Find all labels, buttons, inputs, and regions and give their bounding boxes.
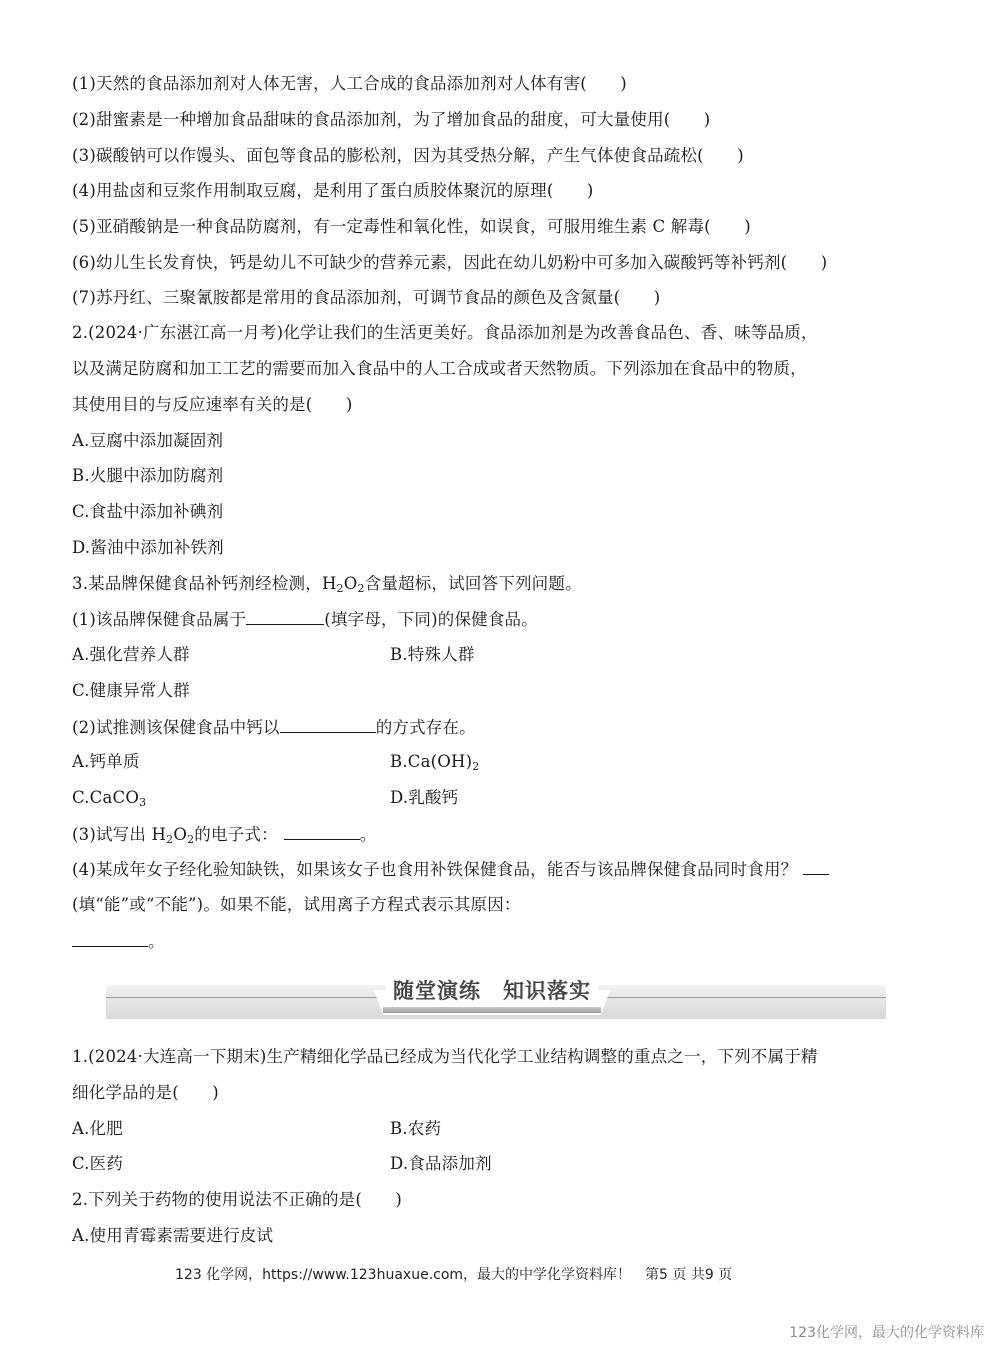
practice-question-1-line-2: 细化学品的是( ): [72, 1082, 219, 1104]
formula-h-sub: 2: [337, 582, 344, 595]
question-3-stem: 3.某品牌保健食品补钙剂经检测，H2O2含量超标，试回答下列问题。: [72, 573, 582, 595]
question-2-stem-line-1: 2.(2024·广东湛江高一月考)化学让我们的生活更美好。食品添加剂是为改善食品…: [72, 322, 818, 344]
option-c-text: C.CaCO: [72, 788, 139, 807]
formula-h: H: [152, 825, 167, 844]
option-a: A.强化营养人群: [72, 645, 190, 664]
part-4-text: (4)某成年女子经化验知缺铁，如果该女子也食用补铁保健食品，能否与该品牌保健食品…: [72, 860, 797, 879]
part-2-post: 的方式存在。: [376, 718, 476, 737]
option-b-sub: 2: [472, 760, 479, 773]
option-d: D.乳酸钙: [390, 787, 458, 809]
part-3-end: 。: [360, 825, 377, 844]
question-2-option-d: D.酱油中添加补铁剂: [72, 537, 224, 559]
question-3-part-3: (3)试写出 H2O2的电子式：。: [72, 823, 376, 846]
answer-blank[interactable]: [280, 716, 376, 733]
question-2-option-b: B.火腿中添加防腐剂: [72, 465, 223, 487]
option-b: B.Ca(OH)2: [390, 751, 479, 773]
question-3-part-1-options-row-1: A.强化营养人群 B.特殊人群: [72, 644, 772, 666]
option-b: B.农药: [390, 1118, 441, 1140]
formula-o: O: [344, 574, 358, 593]
question-2-stem-line-2: 以及满足防腐和加工工艺的需要而加入食品中的人工合成或者天然物质。下列添加在食品中…: [72, 358, 807, 380]
practice-question-2-stem: 2.下列关于药物的使用说法不正确的是( ): [72, 1189, 402, 1211]
option-a: A.化肥: [72, 1119, 123, 1138]
judgement-item-4: (4)用盐卤和豆浆作用制取豆腐，是利用了蛋白质胶体聚沉的原理( ): [72, 180, 594, 202]
question-2-option-a: A.豆腐中添加凝固剂: [72, 430, 223, 452]
part-1-pre: (1)该品牌保健食品属于: [72, 610, 246, 629]
judgement-item-2: (2)甜蜜素是一种增加食品甜味的食品添加剂，为了增加食品的甜度，可大量使用( ): [72, 109, 710, 131]
formula-o: O: [173, 825, 187, 844]
option-c: C.CaCO3: [72, 788, 146, 807]
part-3-pre: (3)试写出: [72, 825, 152, 844]
option-b-text: B.Ca(OH): [390, 752, 472, 771]
part-1-post: (填字母，下同)的保健食品。: [324, 610, 538, 629]
option-a: A.钙单质: [72, 752, 140, 771]
question-3-part-2-options-row-2: C.CaCO3 D.乳酸钙: [72, 787, 772, 809]
page-footer: 123 化学网，https://www.123huaxue.com，最大的中学化…: [175, 1264, 732, 1284]
answer-blank[interactable]: [72, 930, 148, 947]
question-3-part-1-option-c: C.健康异常人群: [72, 680, 190, 702]
question-3-part-4-line-1: (4)某成年女子经化验知缺铁，如果该女子也食用补铁保健食品，能否与该品牌保健食品…: [72, 858, 829, 881]
judgement-item-6: (6)幼儿生长发育快，钙是幼儿不可缺少的营养元素，因此在幼儿奶粉中可多加入碳酸钙…: [72, 252, 827, 274]
option-d: D.食品添加剂: [390, 1153, 492, 1175]
question-2-stem-line-3: 其使用目的与反应速率有关的是( ): [72, 394, 352, 416]
question-3-part-2-options-row-1: A.钙单质 B.Ca(OH)2: [72, 751, 772, 773]
question-3-part-2: (2)试推测该保健食品中钙以的方式存在。: [72, 716, 476, 739]
practice-question-2-option-a: A.使用青霉素需要进行皮试: [72, 1225, 273, 1247]
judgement-item-5: (5)亚硝酸钠是一种食品防腐剂，有一定毒性和氧化性，如误食，可服用维生素 C 解…: [72, 216, 751, 238]
practice-question-1-line-1: 1.(2024·大连高一下期末)生产精细化学品已经成为当代化学工业结构调整的重点…: [72, 1046, 818, 1068]
option-b: B.特殊人群: [390, 644, 475, 666]
answer-blank[interactable]: [284, 823, 360, 840]
judgement-item-3: (3)碳酸钠可以作馒头、面包等食品的膨松剂，因为其受热分解，产生气体使食品疏松(…: [72, 145, 744, 167]
banner-title: 随堂演练 知识落实: [386, 977, 598, 1005]
part-3-post: 的电子式：: [194, 825, 278, 844]
part-2-pre: (2)试推测该保健食品中钙以: [72, 718, 280, 737]
question-3-part-1: (1)该品牌保健食品属于(填字母，下同)的保健食品。: [72, 608, 538, 631]
question-2-option-c: C.食盐中添加补碘剂: [72, 501, 223, 523]
stem-text-pre: 3.某品牌保健食品补钙剂经检测，: [72, 574, 322, 593]
watermark: 123化学网，最大的化学资料库: [789, 1322, 984, 1342]
answer-blank[interactable]: [803, 858, 829, 875]
formula-o-sub: 2: [357, 582, 364, 595]
banner-tab-shadow: [383, 1007, 601, 1013]
answer-blank[interactable]: [246, 608, 324, 625]
practice-question-1-options-row-1: A.化肥 B.农药: [72, 1118, 772, 1140]
option-c-sub: 3: [139, 796, 146, 809]
formula-h: H: [322, 574, 337, 593]
option-c: C.医药: [72, 1154, 123, 1173]
part-4-end: 。: [148, 932, 165, 951]
practice-question-1-options-row-2: C.医药 D.食品添加剂: [72, 1153, 772, 1175]
judgement-item-1: (1)天然的食品添加剂对人体无害，人工合成的食品添加剂对人体有害( ): [72, 73, 627, 95]
section-banner: 随堂演练 知识落实: [106, 985, 886, 1019]
question-3-part-4-line-2: (填“能”或“不能”)。如果不能，试用离子方程式表示其原因：: [72, 894, 521, 916]
judgement-item-7: (7)苏丹红、三聚氰胺都是常用的食品添加剂，可调节食品的颜色及含氮量( ): [72, 287, 660, 309]
question-3-part-4-line-3: 。: [72, 930, 165, 953]
stem-text-post: 含量超标，试回答下列问题。: [365, 574, 582, 593]
